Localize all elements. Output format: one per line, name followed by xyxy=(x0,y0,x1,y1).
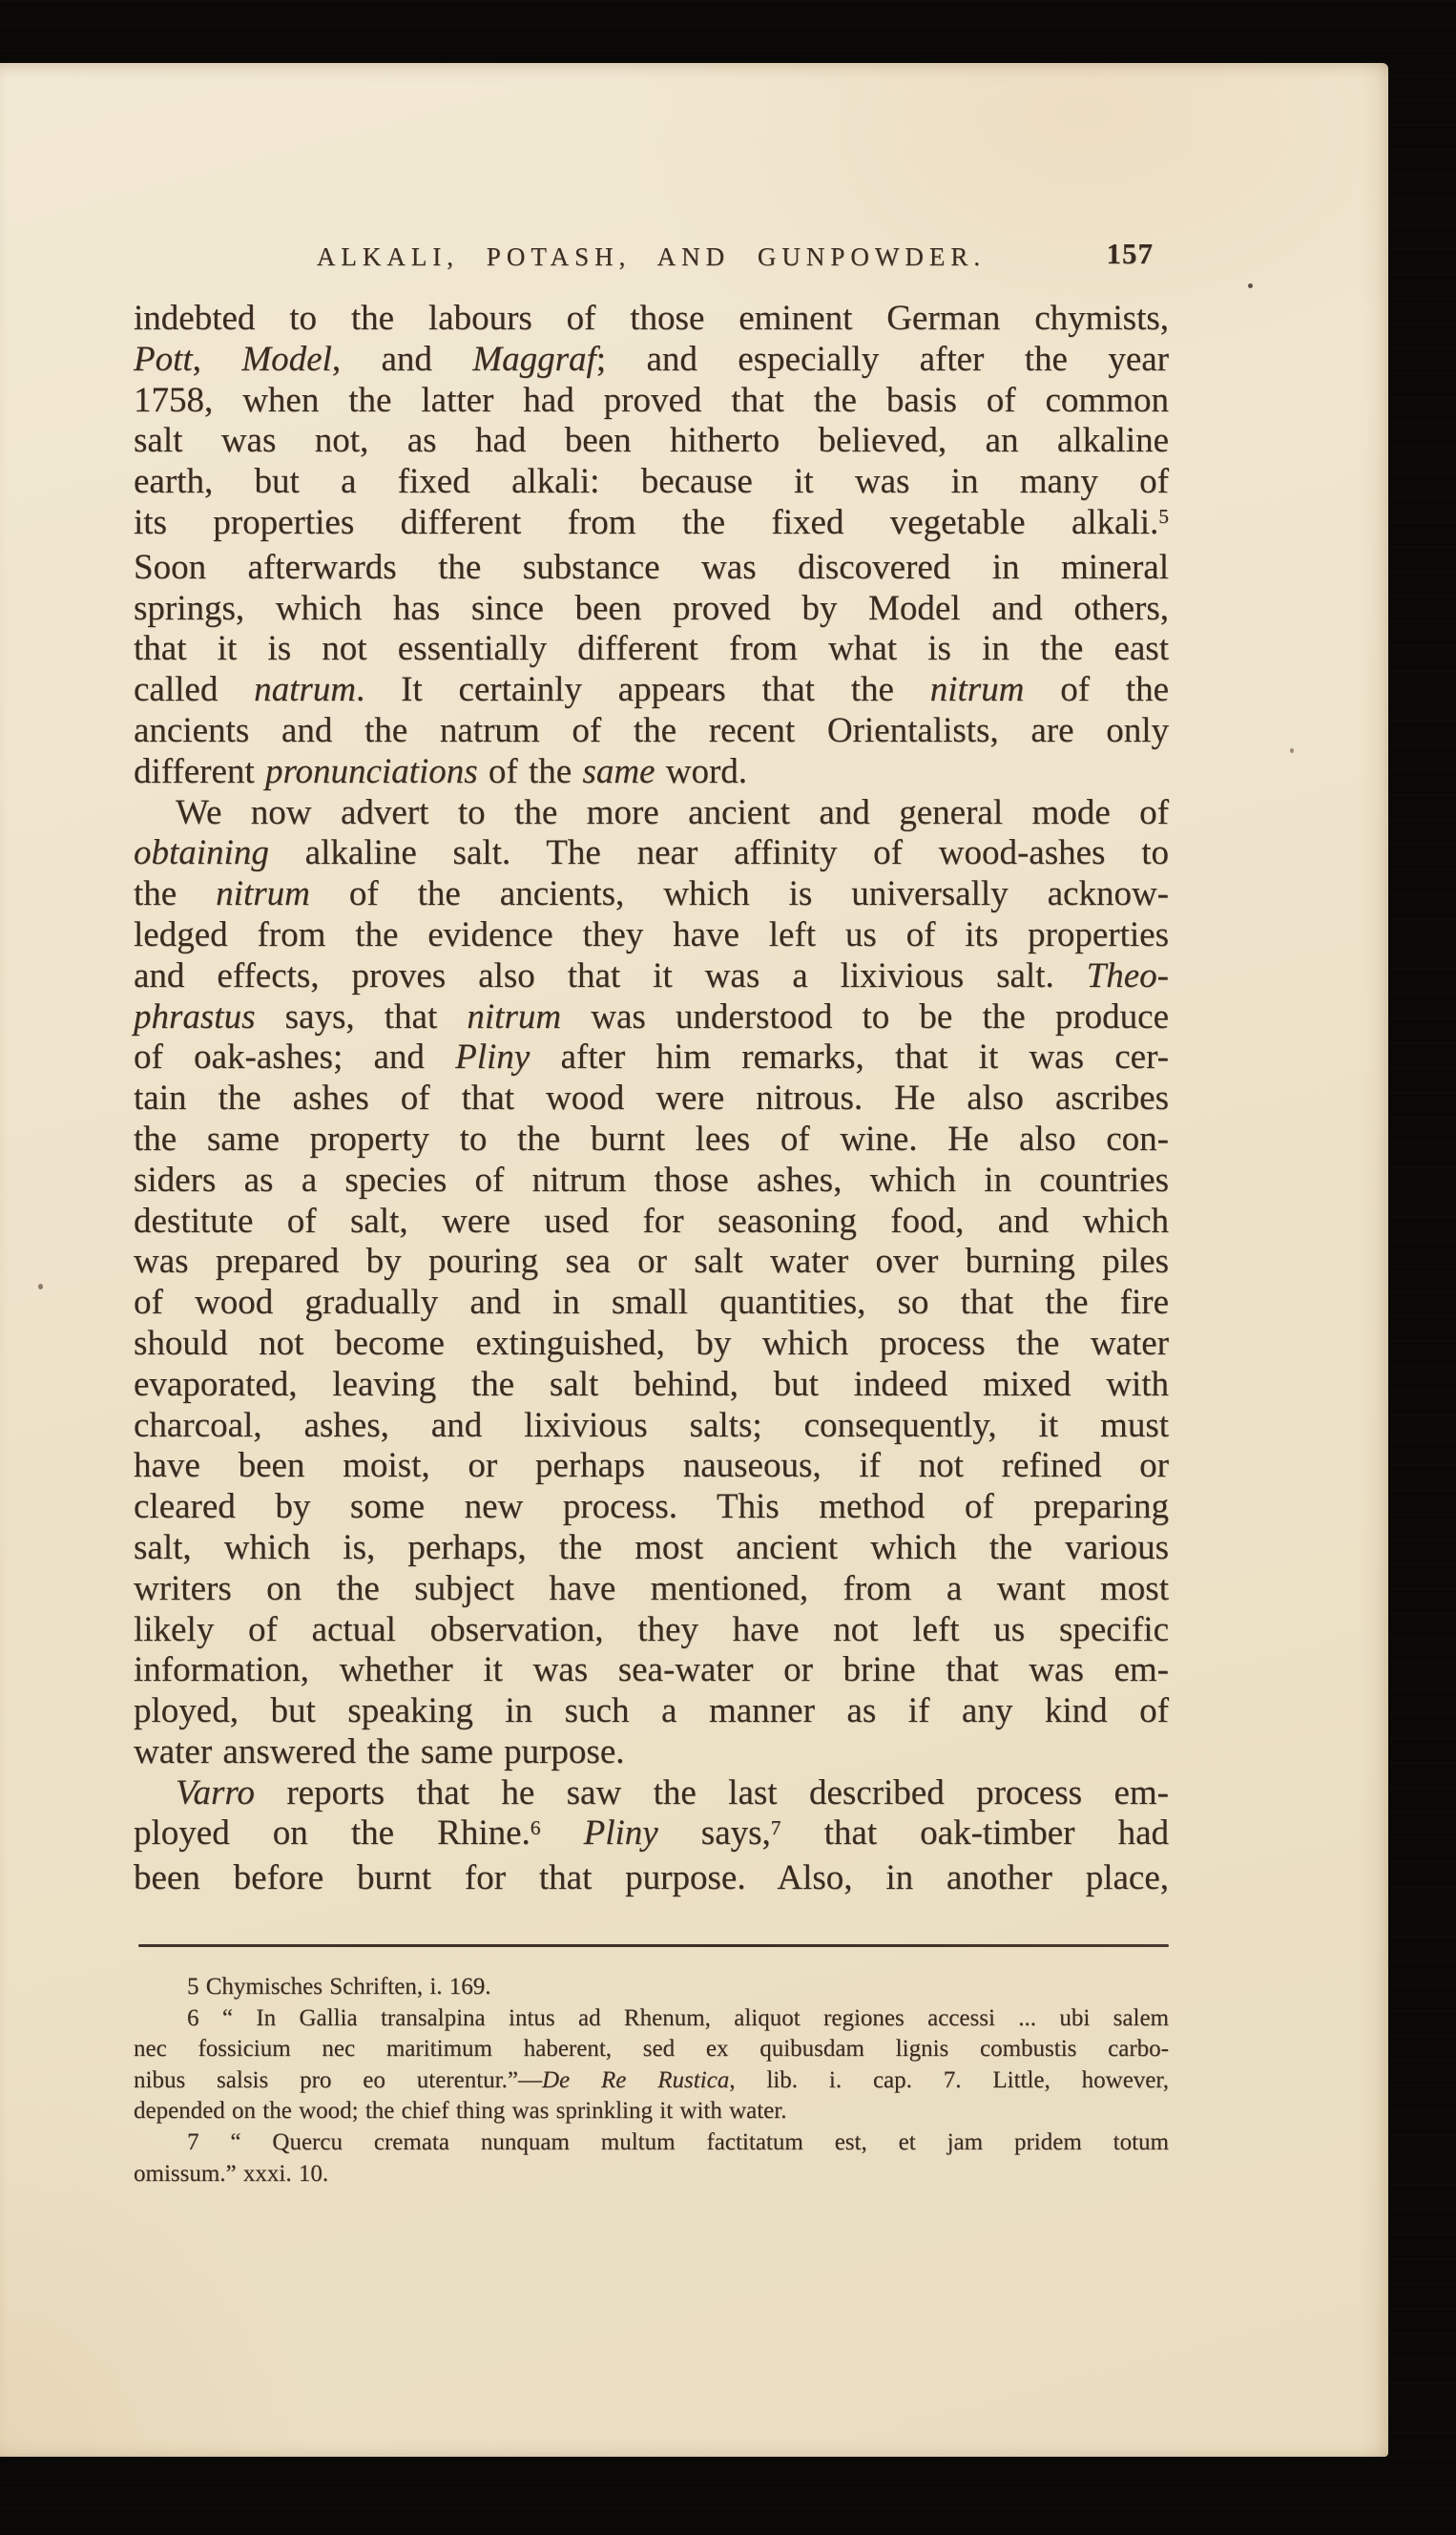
body-text-line: likely of actual observation, they have … xyxy=(134,1610,1169,1651)
body-text-line: was prepared by pouring sea or salt wate… xyxy=(134,1242,1169,1283)
body-text-line: earth, but a fixed alkali: because it wa… xyxy=(134,462,1169,503)
footnote-line: omissum.” xxxi. 10. xyxy=(134,2159,1169,2190)
body-text-line: evaporated, leaving the salt behind, but… xyxy=(134,1365,1169,1406)
body-text-line: have been moist, or perhaps nauseous, if… xyxy=(134,1446,1169,1487)
footnote-line: nibus salsis pro eo uterentur.”—De Re Ru… xyxy=(134,2065,1169,2097)
body-text-line: of oak-ashes; and Pliny after him remark… xyxy=(134,1037,1169,1079)
body-text-line: and effects, proves also that it was a l… xyxy=(134,956,1169,997)
ink-speck xyxy=(1248,283,1253,288)
page-number: 157 xyxy=(1107,237,1154,271)
body-text-line: indebted to the labours of those eminent… xyxy=(134,299,1169,340)
body-text-line: Varro reports that he saw the last descr… xyxy=(134,1773,1169,1814)
ink-speck xyxy=(1290,748,1294,753)
body-text-line: water answered the same purpose. xyxy=(134,1732,1169,1773)
body-text-line: Pott, Model, and Maggraf; and especially… xyxy=(134,340,1169,381)
footnote-line: 6 “ In Gallia transalpina intus ad Rhenu… xyxy=(134,2003,1169,2035)
body-text-line: that it is not essentially different fro… xyxy=(134,629,1169,670)
body-text: indebted to the labours of those eminent… xyxy=(134,299,1169,1899)
body-text-line: obtaining alkaline salt. The near affini… xyxy=(134,833,1169,874)
body-text-line: We now advert to the more ancient and ge… xyxy=(134,793,1169,834)
body-text-line: 1758, when the latter had proved that th… xyxy=(134,381,1169,422)
body-text-line: should not become extinguished, by which… xyxy=(134,1324,1169,1365)
body-text-line: ployed, but speaking in such a manner as… xyxy=(134,1691,1169,1732)
body-text-line: its properties different from the fixed … xyxy=(134,503,1169,548)
body-text-line: salt, which is, perhaps, the most ancien… xyxy=(134,1528,1169,1569)
body-text-line: writers on the subject have mentioned, f… xyxy=(134,1569,1169,1610)
footnote-line: depended on the wood; the chief thing wa… xyxy=(134,2096,1169,2127)
running-header-title: ALKALI, POTASH, AND GUNPOWDER. xyxy=(134,237,1169,272)
body-text-line: information, whether it was sea-water or… xyxy=(134,1650,1169,1691)
body-text-line: the nitrum of the ancients, which is uni… xyxy=(134,874,1169,915)
footnote-line: 7 “ Quercu cremata nunquam multum factit… xyxy=(134,2127,1169,2159)
body-text-line: been before burnt for that purpose. Also… xyxy=(134,1858,1169,1899)
body-text-line: ancients and the natrum of the recent Or… xyxy=(134,711,1169,752)
footnote-line: 5 Chymisches Schriften, i. 169. xyxy=(134,1972,1169,2003)
running-header: ALKALI, POTASH, AND GUNPOWDER. 157 xyxy=(134,237,1169,279)
body-text-line: Soon afterwards the substance was discov… xyxy=(134,548,1169,589)
body-text-line: of wood gradually and in small quantitie… xyxy=(134,1283,1169,1324)
footnote-line: nec fossicium nec maritimum haberent, se… xyxy=(134,2034,1169,2065)
body-text-line: ledged from the evidence they have left … xyxy=(134,915,1169,956)
body-text-line: springs, which has since been proved by … xyxy=(134,589,1169,630)
body-text-line: destitute of salt, were used for seasoni… xyxy=(134,1202,1169,1243)
body-text-line: tain the ashes of that wood were nitrous… xyxy=(134,1079,1169,1120)
body-text-line: the same property to the burnt lees of w… xyxy=(134,1120,1169,1161)
body-text-line: different pronunciations of the same wor… xyxy=(134,752,1169,793)
body-text-line: phrastus says, that nitrum was understoo… xyxy=(134,997,1169,1038)
body-text-line: called natrum. It certainly appears that… xyxy=(134,670,1169,711)
footnote-divider xyxy=(138,1944,1169,1947)
ink-speck xyxy=(38,1284,43,1289)
body-text-line: salt was not, as had been hitherto belie… xyxy=(134,421,1169,462)
body-text-line: siders as a species of nitrum those ashe… xyxy=(134,1161,1169,1202)
scanner-background: { "page": { "colors": { "background": "#… xyxy=(0,0,1456,2535)
body-text-line: ployed on the Rhine.6 Pliny says,7 that … xyxy=(134,1813,1169,1858)
body-text-line: cleared by some new process. This method… xyxy=(134,1487,1169,1528)
footnotes: 5 Chymisches Schriften, i. 169.6 “ In Ga… xyxy=(134,1972,1169,2189)
book-page: ALKALI, POTASH, AND GUNPOWDER. 157 indeb… xyxy=(0,63,1388,2457)
body-text-line: charcoal, ashes, and lixivious salts; co… xyxy=(134,1406,1169,1447)
